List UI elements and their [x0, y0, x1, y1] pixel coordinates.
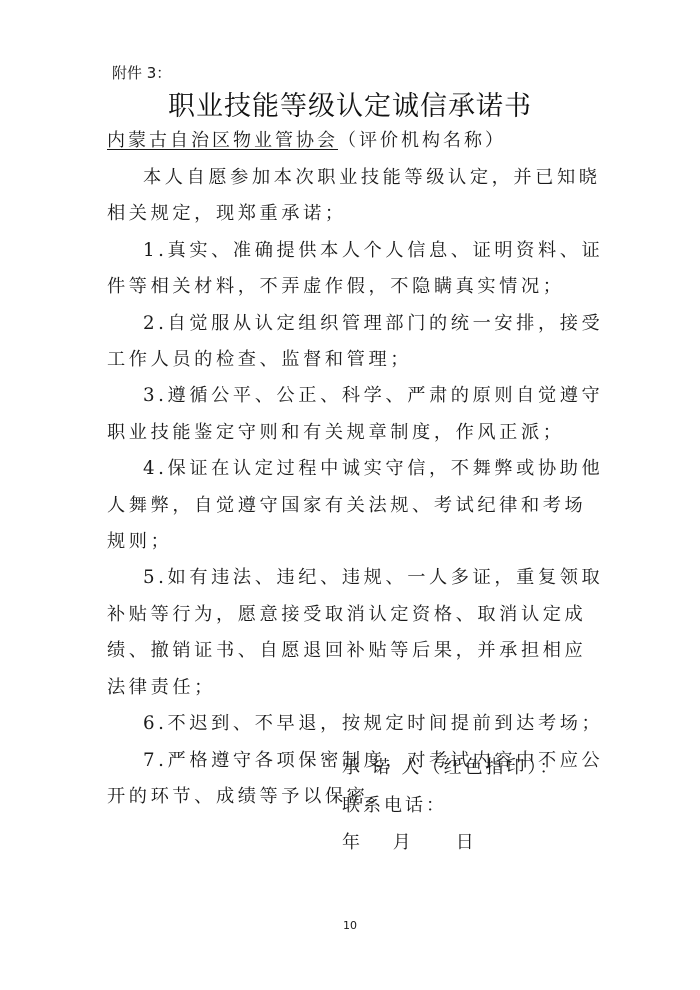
pledge-item-6: 6.不迟到、不早退，按规定时间提前到达考场；	[107, 706, 607, 742]
page-number: 10	[0, 919, 700, 932]
pledge-item-5: 5.如有违法、违纪、违规、一人多证，重复领取补贴等行为，愿意接受取消认定资格、取…	[107, 560, 607, 706]
pledge-item-4: 4.保证在认定过程中诚实守信，不舞弊或协助他人舞弊，自觉遵守国家有关法规、考试纪…	[107, 451, 607, 560]
document-title: 职业技能等级认定诚信承诺书	[0, 84, 700, 123]
pledge-item-2: 2.自觉服从认定组织管理部门的统一安排，接受工作人员的检查、监督和管理；	[107, 306, 607, 379]
organization-line: 内蒙古自治区物业管协会（评价机构名称）	[107, 126, 506, 152]
pledge-body: 本人自愿参加本次职业技能等级认定，并已知晓相关规定，现郑重承诺； 1.真实、准确…	[107, 160, 607, 815]
intro-paragraph: 本人自愿参加本次职业技能等级认定，并已知晓相关规定，现郑重承诺；	[107, 160, 607, 233]
organization-note: （评价机构名称）	[338, 130, 506, 151]
promisor-signature-label: 承 诺 人（红色指印）：	[342, 753, 560, 779]
contact-phone-label: 联系电话：	[342, 791, 447, 817]
pledge-item-3: 3.遵循公平、公正、科学、严肃的原则自觉遵守职业技能鉴定守则和有关规章制度，作风…	[107, 378, 607, 451]
organization-name: 内蒙古自治区物业管协会	[107, 130, 338, 151]
attachment-label: 附件 3：	[112, 62, 171, 83]
pledge-item-1: 1.真实、准确提供本人个人信息、证明资料、证件等相关材料，不弄虚作假，不隐瞒真实…	[107, 233, 607, 306]
date-label: 年 月 日	[342, 828, 477, 854]
